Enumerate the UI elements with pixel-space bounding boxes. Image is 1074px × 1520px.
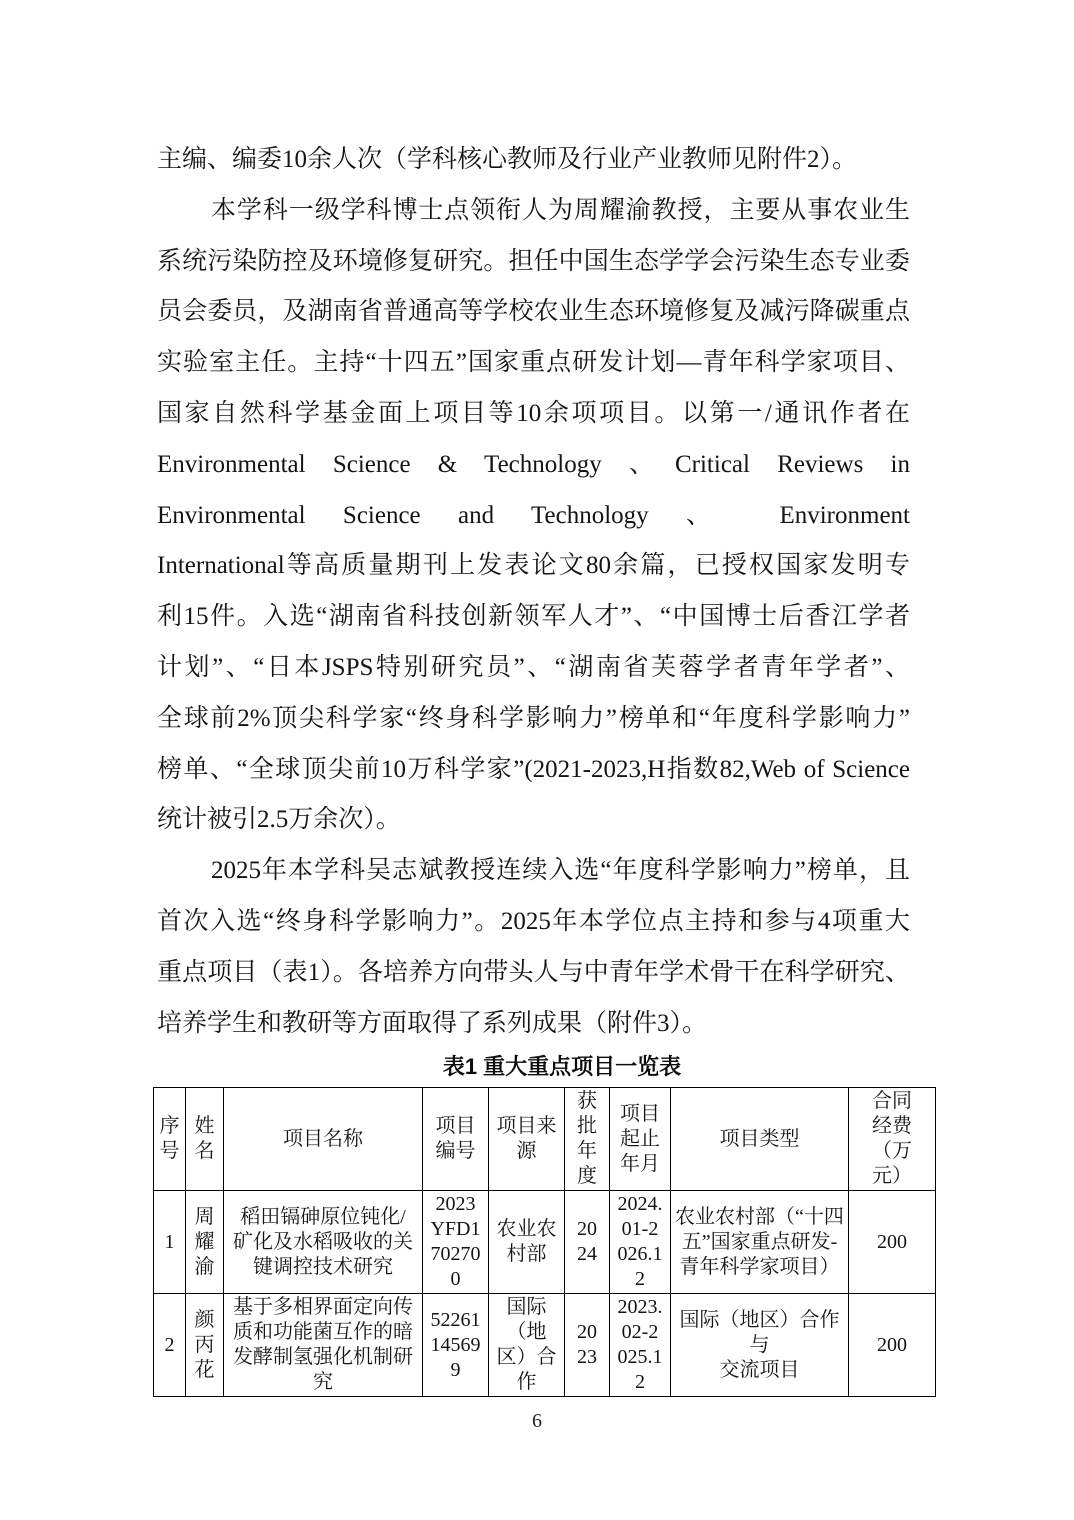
body-line: 主编、编委10余人次（学科核心教师及行业产业教师见附件2）。 bbox=[157, 135, 910, 186]
table-header-row: 序 号 姓 名 项目名称 项目 编号 项目来 源 获 批 年 度 项目 起止 年… bbox=[154, 1088, 936, 1191]
document-page: 主编、编委10余人次（学科核心教师及行业产业教师见附件2）。 本学科一级学科博士… bbox=[0, 0, 1074, 1520]
column-header-funding: 合同 经费 （万 元） bbox=[849, 1088, 936, 1191]
column-header-seq: 序 号 bbox=[154, 1088, 186, 1191]
cell-number: 52261 14569 9 bbox=[423, 1294, 489, 1397]
column-header-name: 姓 名 bbox=[186, 1088, 224, 1191]
table-title: 表1 重大重点项目一览表 bbox=[153, 1050, 935, 1084]
body-line: 榜单、“全球顶尖前10万科学家”(2021-2023,H指数82,Web of … bbox=[157, 745, 910, 796]
cell-funding: 200 bbox=[849, 1294, 936, 1397]
cell-funding: 200 bbox=[849, 1191, 936, 1294]
cell-source: 农业农 村部 bbox=[489, 1191, 565, 1294]
major-projects-table: 序 号 姓 名 项目名称 项目 编号 项目来 源 获 批 年 度 项目 起止 年… bbox=[153, 1087, 936, 1397]
body-line: 统计被引2.5万余次）。 bbox=[157, 795, 910, 846]
cell-type: 农业农村部（“十四 五”国家重点研发- 青年科学家项目） bbox=[671, 1191, 849, 1294]
body-line: 系统污染防控及环境修复研究。担任中国生态学学会污染生态专业委 bbox=[157, 237, 910, 288]
body-line: 国家自然科学基金面上项目等10余项项目。以第一/通讯作者在 bbox=[157, 389, 910, 440]
body-line: 利15件。入选“湖南省科技创新领军人才”、“中国博士后香江学者 bbox=[157, 592, 910, 643]
cell-seq: 1 bbox=[154, 1191, 186, 1294]
cell-duration: 2024. 01-2 026.1 2 bbox=[610, 1191, 671, 1294]
cell-name: 周 耀 渝 bbox=[186, 1191, 224, 1294]
cell-year: 20 24 bbox=[565, 1191, 610, 1294]
page-number: 6 bbox=[0, 1408, 1074, 1434]
cell-project: 基于多相界面定向传 质和功能菌互作的暗 发酵制氢强化机制研 究 bbox=[224, 1294, 423, 1397]
column-header-year: 获 批 年 度 bbox=[565, 1088, 610, 1191]
body-line: 全球前2%顶尖科学家“终身科学影响力”榜单和“年度科学影响力” bbox=[157, 694, 910, 745]
body-text: 主编、编委10余人次（学科核心教师及行业产业教师见附件2）。 本学科一级学科博士… bbox=[157, 135, 910, 1049]
column-header-source: 项目来 源 bbox=[489, 1088, 565, 1191]
cell-project: 稻田镉砷原位钝化/ 矿化及水稻吸收的关 键调控技术研究 bbox=[224, 1191, 423, 1294]
body-line: Environmental Science & Technology 、Crit… bbox=[157, 440, 910, 491]
cell-seq: 2 bbox=[154, 1294, 186, 1397]
cell-year: 20 23 bbox=[565, 1294, 610, 1397]
cell-duration: 2023. 02-2 025.1 2 bbox=[610, 1294, 671, 1397]
table-row: 2 颜 丙 花 基于多相界面定向传 质和功能菌互作的暗 发酵制氢强化机制研 究 … bbox=[154, 1294, 936, 1397]
cell-number: 2023 YFD1 70270 0 bbox=[423, 1191, 489, 1294]
body-line: 培养学生和教研等方面取得了系列成果（附件3）。 bbox=[157, 999, 910, 1050]
body-line: 实验室主任。主持“十四五”国家重点研发计划—青年科学家项目、 bbox=[157, 338, 910, 389]
table-row: 1 周 耀 渝 稻田镉砷原位钝化/ 矿化及水稻吸收的关 键调控技术研究 2023… bbox=[154, 1191, 936, 1294]
body-line: 员会委员，及湖南省普通高等学校农业生态环境修复及减污降碳重点 bbox=[157, 287, 910, 338]
cell-source: 国际 （地 区）合 作 bbox=[489, 1294, 565, 1397]
column-header-duration: 项目 起止 年月 bbox=[610, 1088, 671, 1191]
column-header-project: 项目名称 bbox=[224, 1088, 423, 1191]
column-header-type: 项目类型 bbox=[671, 1088, 849, 1191]
cell-type: 国际（地区）合作与 交流项目 bbox=[671, 1294, 849, 1397]
body-line: 计划”、“日本JSPS特别研究员”、“湖南省芙蓉学者青年学者”、 bbox=[157, 643, 910, 694]
body-line: 本学科一级学科博士点领衔人为周耀渝教授，主要从事农业生态 bbox=[157, 186, 910, 237]
column-header-number: 项目 编号 bbox=[423, 1088, 489, 1191]
body-line: Environmental Science and Technology 、 E… bbox=[157, 491, 910, 542]
body-line: International等高质量期刊上发表论文80余篇，已授权国家发明专 bbox=[157, 541, 910, 592]
cell-name: 颜 丙 花 bbox=[186, 1294, 224, 1397]
body-line: 首次入选“终身科学影响力”。2025年本学位点主持和参与4项重大 bbox=[157, 897, 910, 948]
body-line: 重点项目（表1）。各培养方向带头人与中青年学术骨干在科学研究、 bbox=[157, 948, 910, 999]
body-line: 2025年本学科吴志斌教授连续入选“年度科学影响力”榜单，且 bbox=[157, 846, 910, 897]
